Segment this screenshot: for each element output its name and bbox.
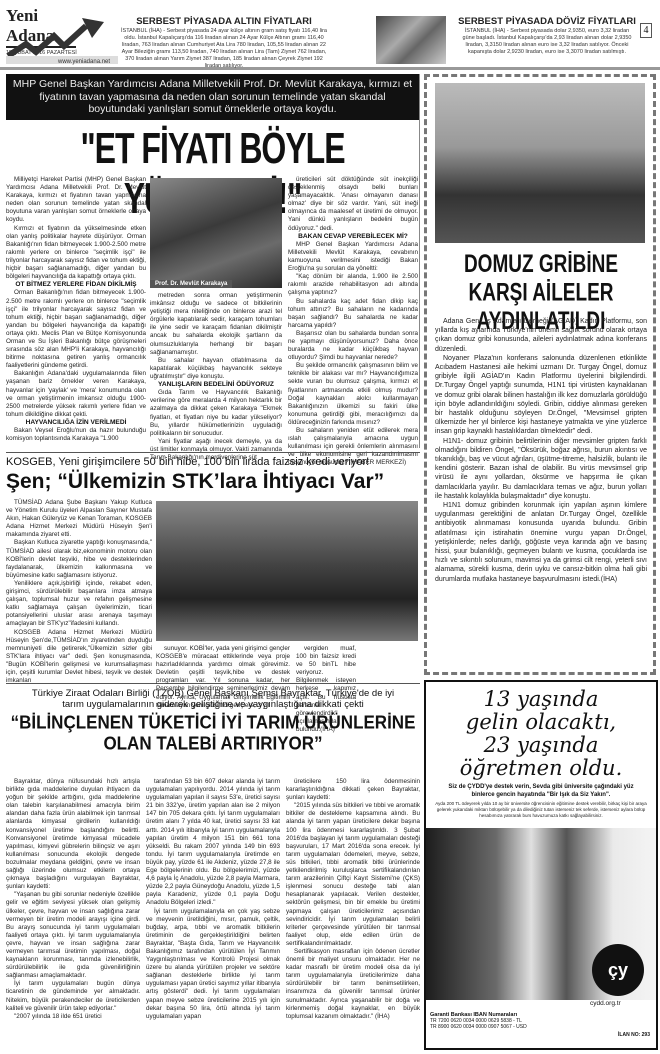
kosgeb-visit-photo: [156, 501, 418, 641]
fx-title: SERBEST PİYASADA DÖVİZ FİYATLARI: [458, 16, 636, 27]
gold-bars-image: [376, 16, 446, 64]
website-link[interactable]: www.yeniadana.net: [58, 59, 110, 65]
masthead: Yeni Adana 15 ŞUBAT 2016 PAZARTESİ www.y…: [0, 0, 660, 70]
article1-col2: metreden sonra orman yetiştirmenin imkân…: [150, 292, 282, 462]
article1-col3: üreticileri süt döktüğünde süt inekçiliğ…: [288, 176, 418, 467]
iban-usd: TR 8900 0620 0034 0000 0907 5067 - USD: [430, 1024, 656, 1030]
article-et-fiyati: MHP Genel Başkan Yardımcısı Adana Millet…: [6, 74, 420, 448]
article2-body: Adana Genç İş Adamları Derneği (AGİAD) K…: [435, 317, 647, 584]
article1-col1: Milliyetçi Hareket Partisi (MHP) Genel B…: [6, 176, 146, 443]
gold-prices-box: SERBEST PİYASADA ALTIN FİYATLARI İSTANBU…: [118, 16, 330, 70]
kosgeb-kicker: KOSGEB, Yeni girişimcilere 50 bin hibe, …: [6, 456, 420, 468]
main-headline: "ET FİYATI BÖYLE YÜKSELDİ!": [6, 124, 419, 170]
ad-small-print: Ayda 200 TL ödeyerek yılda 10 ay bir üni…: [426, 800, 656, 820]
conference-photo: [435, 83, 645, 243]
kosgeb-headline: Şen; “Ülkemizin STK’lara İhtiyacı Var”: [6, 470, 420, 494]
karakaya-photo: Prof. Dr. Mevlüt Karakaya: [150, 178, 282, 288]
gold-body: İSTANBUL (İHA) - Serbest piyasada 24 aya…: [118, 28, 330, 70]
logo-block: Yeni Adana 15 ŞUBAT 2016 PAZARTESİ www.y…: [6, 6, 118, 66]
fx-body: İSTANBUL (İHA) - Serbest piyasada dolar …: [458, 28, 636, 56]
iban-block: Garanti Bankası IBAN Numaraları TR 7200 …: [430, 1012, 656, 1030]
cydd-url[interactable]: cydd.org.tr: [590, 1000, 621, 1007]
article-tzob: Türkiye Ziraat Odaları Birliği (TZOB) Ge…: [6, 688, 420, 1052]
photo-caption: Prof. Dr. Mevlüt Karakaya: [150, 280, 232, 288]
cydd-logo-icon: çy: [592, 944, 644, 996]
ad-pitch: Siz de ÇYDD'ye destek verin, Sevda gibi …: [426, 780, 656, 800]
article-kosgeb: KOSGEB, Yeni girişimcilere 50 bin hibe, …: [6, 452, 420, 684]
article-domuz-gribi: DOMUZ GRİBİNE KARŞI AİLELER AYDINLATILDI…: [424, 74, 656, 675]
article4-col1: Bayraktar, dünya nüfusundaki hızlı artış…: [6, 778, 140, 1021]
ad-handwritten-headline: 13 yaşındagelin olacaktı,23 yaşındaöğret…: [426, 688, 656, 780]
ilan-no: İLAN NO: 293: [618, 1032, 650, 1038]
cydd-advertisement: 13 yaşındagelin olacaktı,23 yaşındaöğret…: [424, 680, 658, 1050]
page-number: 4: [640, 23, 652, 38]
tzob-headline: “BİLİNÇLENEN TÜKETİCİ İYİ TARIM ÜRÜNLERİ…: [6, 712, 420, 754]
article4-col2: tarafından 53 bin 607 dekar alanda iyi t…: [146, 778, 280, 1021]
article4-col3: üreticilere 150 lira ödenmesinin kararla…: [286, 778, 420, 1021]
article3-col1: TÜMSİAD Adana Şube Başkanı Yakup Kutluca…: [6, 499, 152, 685]
gold-title: SERBEST PİYASADA ALTIN FİYATLARI: [118, 16, 330, 27]
tzob-kicker: Türkiye Ziraat Odaları Birliği (TZOB) Ge…: [6, 688, 420, 710]
rising-arrow-icon: [6, 16, 118, 64]
fx-prices-box: SERBEST PİYASADA DÖVİZ FİYATLARI İSTANBU…: [458, 16, 636, 56]
spot-box: MHP Genel Başkan Yardımcısı Adana Millet…: [6, 74, 419, 120]
